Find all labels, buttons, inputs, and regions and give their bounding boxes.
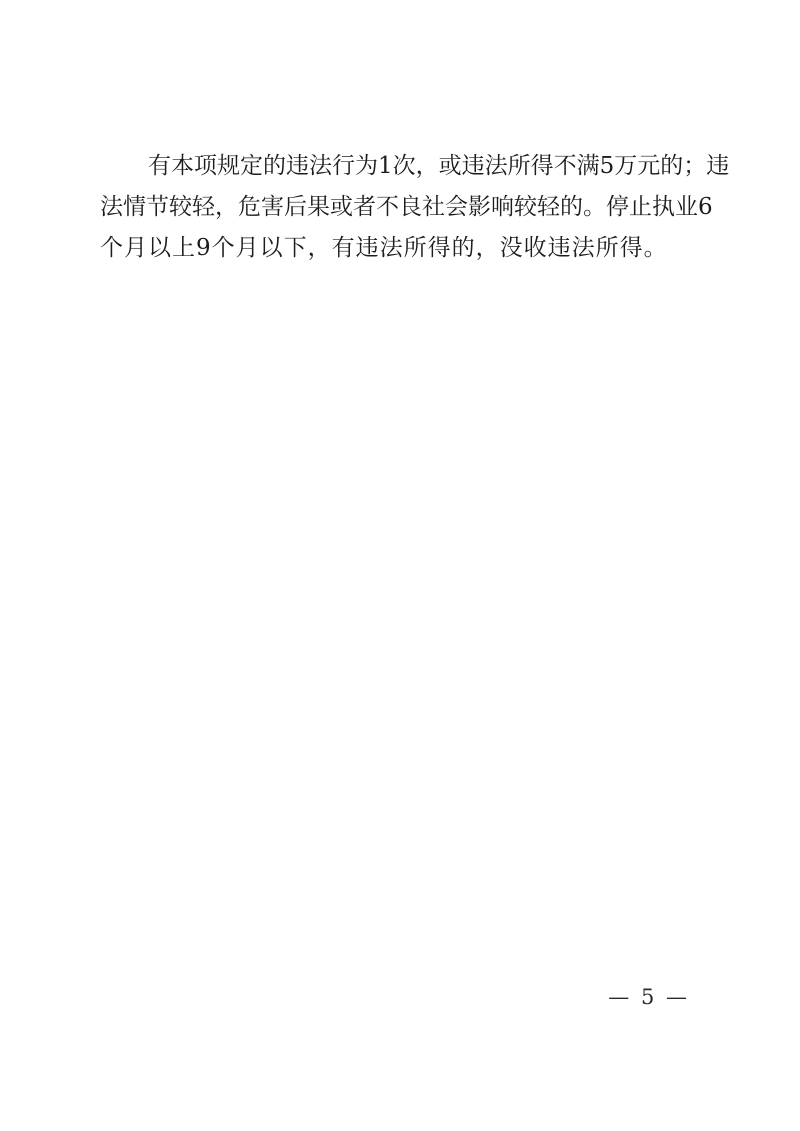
paragraph-line-2: 法情节较轻，危害后果或者不良社会影响较轻的。停止执业6	[100, 187, 697, 228]
body-paragraph: 有本项规定的违法行为1次，或违法所得不满5万元的；违 法情节较轻，危害后果或者不…	[100, 146, 697, 269]
paragraph-line-1: 有本项规定的违法行为1次，或违法所得不满5万元的；违	[100, 146, 697, 187]
page-number: — 5 —	[608, 984, 687, 1010]
paragraph-line-3: 个月以上9个月以下，有违法所得的，没收违法所得。	[100, 228, 697, 269]
document-page: 有本项规定的违法行为1次，或违法所得不满5万元的；违 法情节较轻，危害后果或者不…	[0, 0, 800, 1131]
